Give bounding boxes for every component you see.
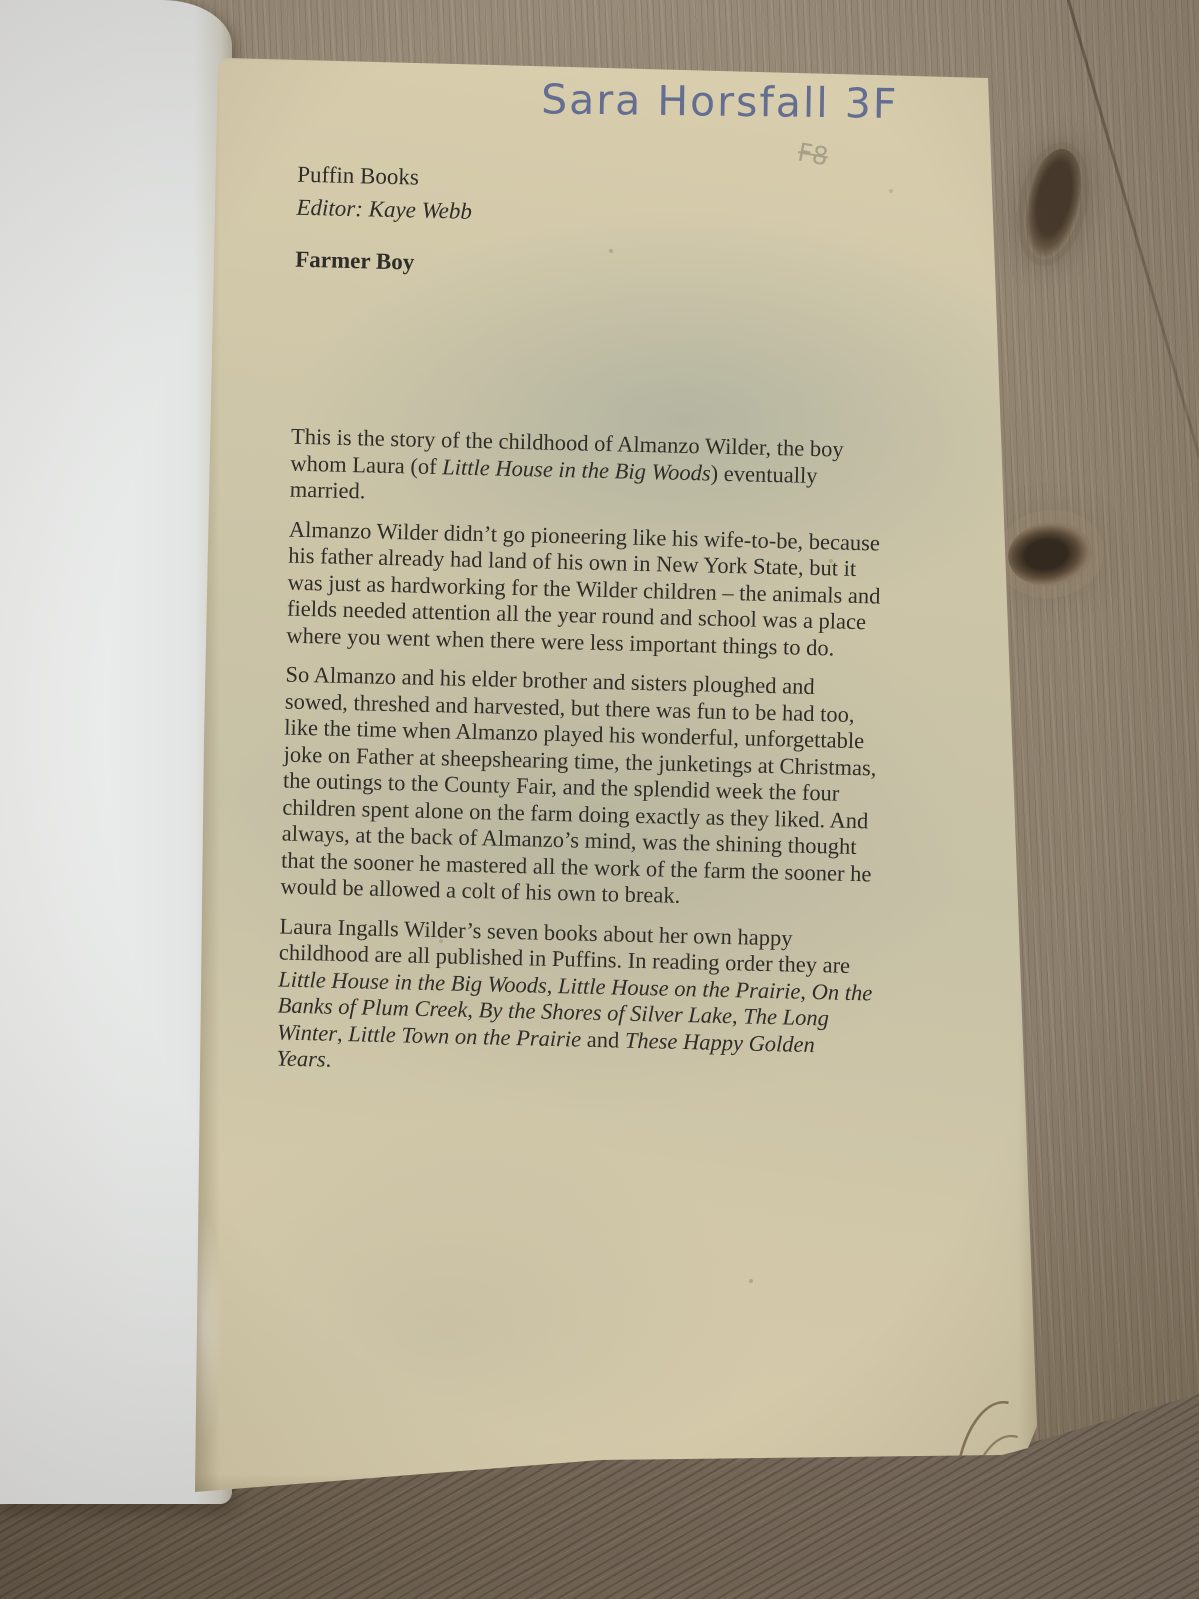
paragraph: This is the story of the childhood of Al…	[290, 424, 888, 518]
wood-board-seam	[1060, 0, 1199, 553]
pencil-note: F8	[796, 137, 831, 171]
book-pages-stack	[0, 0, 232, 1504]
page-content: Sara Horsfall 3F F8 Puffin Books Editor:…	[156, 39, 1042, 1521]
book-page: Sara Horsfall 3F F8 Puffin Books Editor:…	[190, 40, 1042, 1502]
publisher-line: Puffin Books	[297, 162, 473, 192]
paragraph: Laura Ingalls Wilder’s seven books about…	[276, 913, 876, 1086]
paragraph: So Almanzo and his elder brother and sis…	[280, 662, 881, 914]
imprint-block: Puffin Books Editor: Kaye Webb Farmer Bo…	[295, 162, 473, 277]
wood-knot-top	[1015, 144, 1091, 265]
paragraph: Almanzo Wilder didn’t go pioneering like…	[286, 516, 885, 663]
handwritten-owner-name: Sara Horsfall 3F	[541, 75, 899, 128]
editor-line: Editor: Kaye Webb	[296, 195, 472, 225]
blurb-paragraphs: This is the story of the childhood of Al…	[276, 424, 887, 1099]
photo-scene: Sara Horsfall 3F F8 Puffin Books Editor:…	[0, 0, 1199, 1599]
wood-knot-middle	[1004, 516, 1096, 591]
book-title: Farmer Boy	[295, 247, 471, 277]
